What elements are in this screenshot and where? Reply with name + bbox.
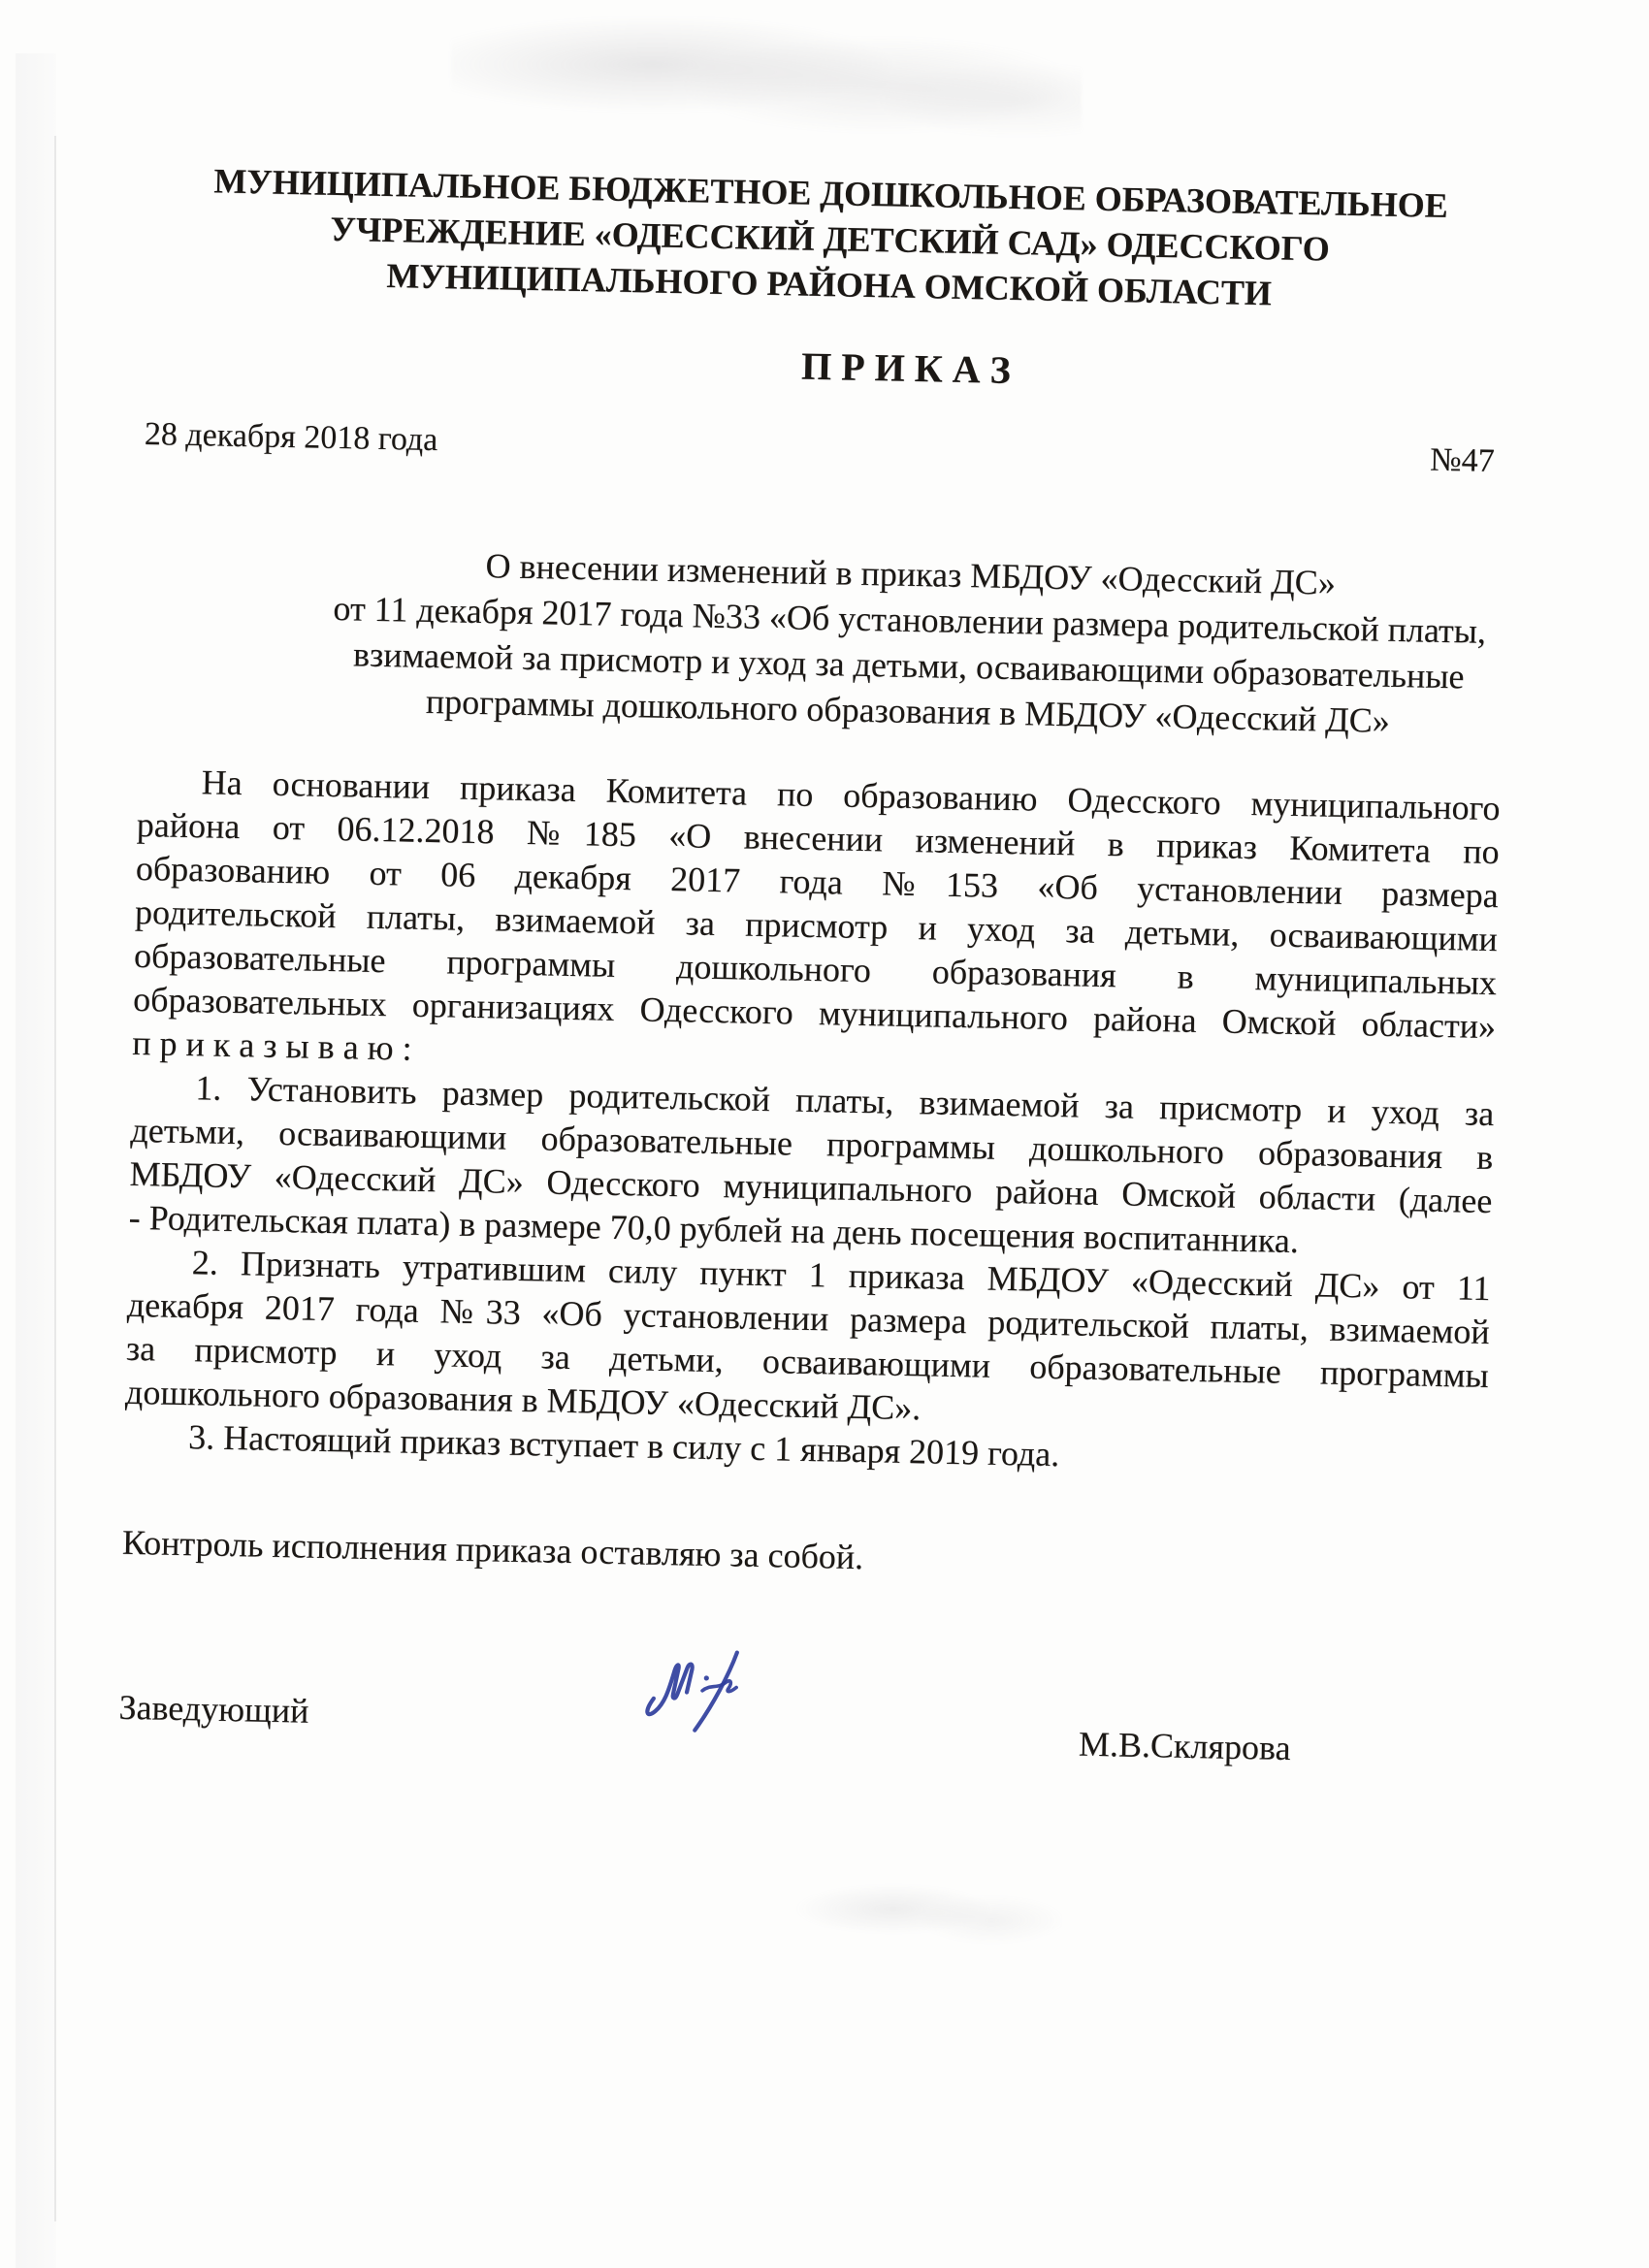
document-body: На основании приказа Комитета по образов…	[124, 760, 1501, 1485]
control-line: Контроль исполнения приказа оставляю за …	[122, 1521, 1486, 1592]
document-number: №47	[1430, 439, 1495, 483]
document-subject: О внесении изменений в приказ МБДОУ «Оде…	[226, 538, 1592, 748]
document-content: МУНИЦИПАЛЬНОЕ БЮДЖЕТНОЕ ДОШКОЛЬНОЕ ОБРАЗ…	[116, 0, 1516, 1849]
handwritten-signature-icon	[617, 1637, 756, 1786]
scan-edge-line	[54, 136, 56, 2221]
signature-row: Заведующий М.В.Склярова	[116, 1686, 1482, 1849]
organization-name: МУНИЦИПАЛЬНОЕ БЮДЖЕТНОЕ ДОШКОЛЬНОЕ ОБРАЗ…	[147, 157, 1513, 321]
scan-smudge-bottom	[781, 1880, 1062, 1953]
date-number-row: 28 декабря 2018 года №47	[144, 413, 1507, 483]
document-type-title: П Р И К А З	[224, 332, 1588, 405]
scan-edge-shadow	[16, 53, 56, 2268]
signature-position-title: Заведующий	[118, 1686, 309, 1733]
scanned-order-page: МУНИЦИПАЛЬНОЕ БЮДЖЕТНОЕ ДОШКОЛЬНОЕ ОБРАЗ…	[0, 0, 1649, 2268]
document-date: 28 декабря 2018 года	[144, 413, 437, 462]
signature-name: М.В.Склярова	[1079, 1723, 1291, 1770]
